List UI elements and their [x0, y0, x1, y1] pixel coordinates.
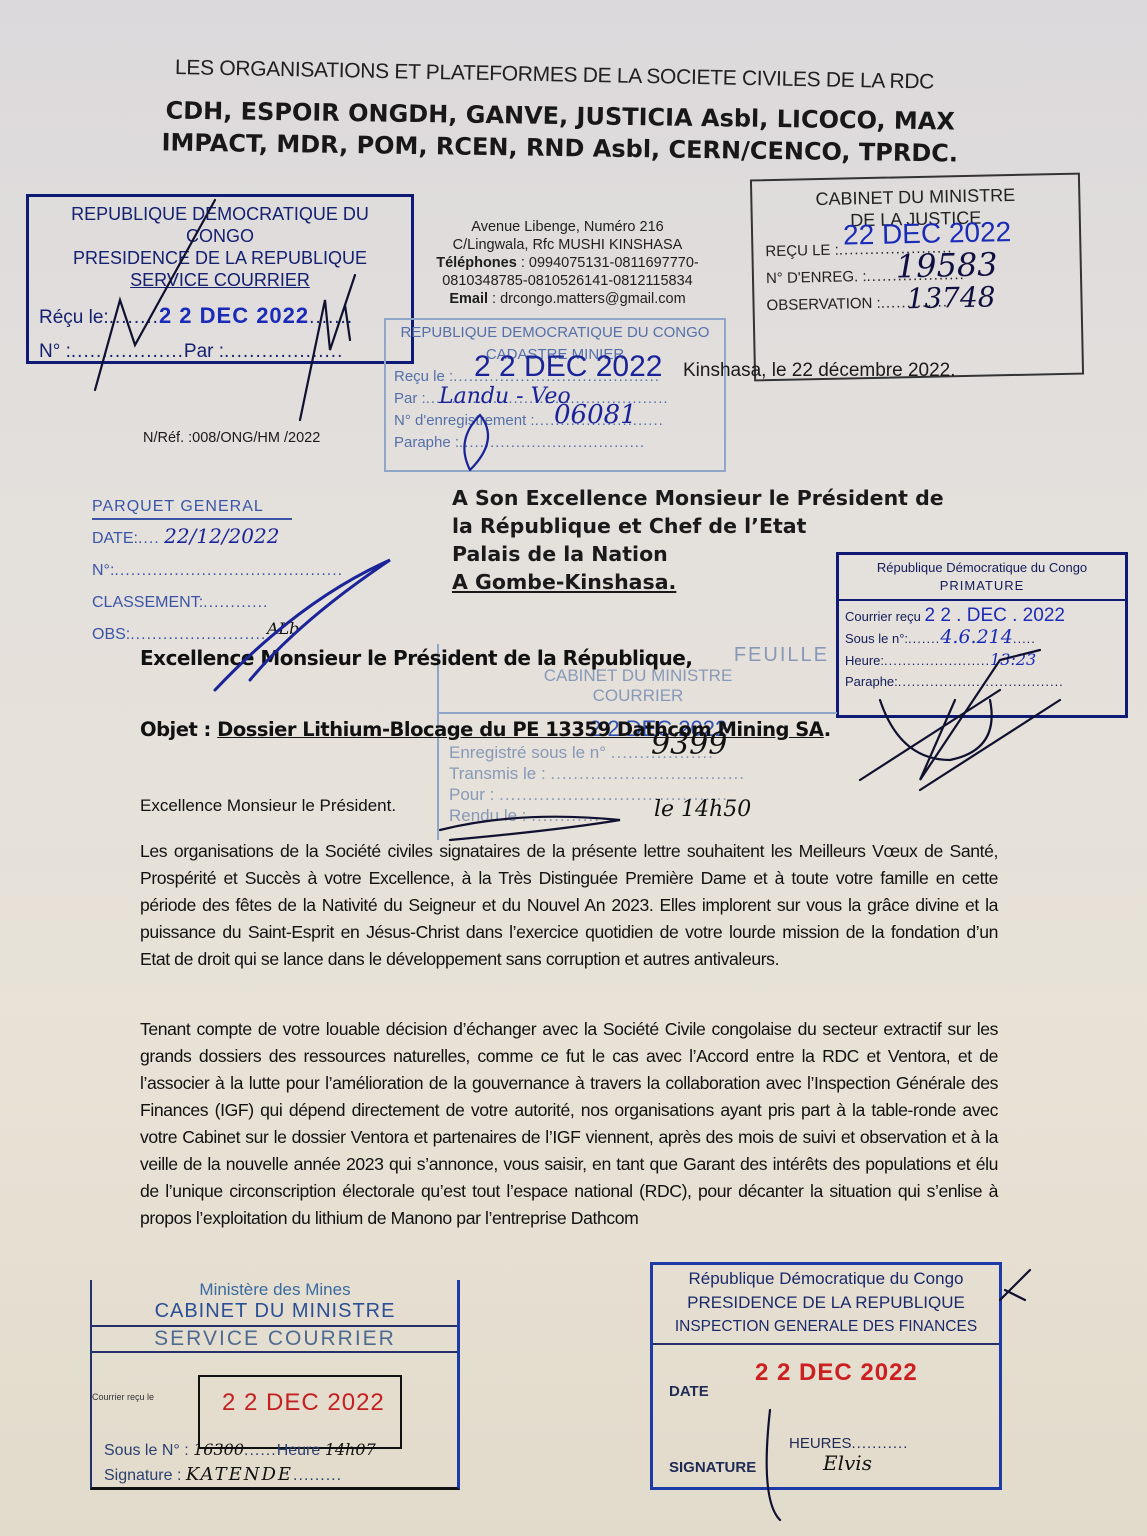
place-and-date: Kinshasa, le 22 décembre 2022. — [683, 360, 956, 382]
object-value: Dossier Lithium-Blocage du PE 13359 Dath… — [217, 718, 824, 741]
stamp-line: PRIMATURE — [845, 577, 1119, 595]
heures-row: HEURES........... — [789, 1435, 908, 1452]
received-date: 2 2 DEC 2022 — [222, 1389, 385, 1417]
email-label: Email — [449, 291, 488, 307]
stamp-line: PRESIDENCE DE LA REPUBLIQUE — [653, 1289, 999, 1313]
stamp-rendu-row: Rendu le : ............ le 14h50 — [439, 805, 837, 826]
recipient-line: A Son Excellence Monsieur le Président d… — [452, 484, 944, 512]
rendu-value: le 14h50 — [654, 799, 751, 820]
pour-label: Pour : — [449, 785, 494, 804]
number-label: Sous le N° : — [104, 1442, 189, 1459]
stamp-line: SERVICE COURRIER — [39, 269, 401, 291]
stamp-date-row: DATE:.... 22/12/2022 — [92, 520, 392, 555]
object-label: Objet : — [140, 718, 211, 741]
received-label: Reçu le : — [394, 368, 453, 385]
stamp-line: République Démocratique du Congo — [845, 559, 1119, 577]
signature-value: Elvis — [823, 1451, 872, 1475]
received-date: 2 2 DEC 2022 — [474, 356, 662, 378]
greeting: Excellence Monsieur le Président. — [140, 796, 396, 816]
paraphe-label: Paraphe: — [845, 674, 898, 689]
signature-label: Signature : — [104, 1467, 181, 1484]
received-date: 2 2 DEC 2022 — [159, 303, 309, 328]
email-value: drcongo.matters@gmail.com — [500, 291, 686, 307]
obs-label: OBS: — [92, 626, 130, 643]
stamp-paraphe-row: Paraphe :...............................… — [394, 432, 716, 454]
stamp-received-row: Courrier reçu 2 2 . DEC . 2022 — [845, 605, 1119, 627]
initials: ALb — [267, 613, 299, 645]
stamp-heure-row: Heure:.......................13:23 — [845, 649, 1119, 671]
enreg-label: Enregistré sous le n° — [449, 743, 606, 762]
stamp-classement-row: CLASSEMENT:............ — [92, 587, 392, 619]
stamp-primature: République Démocratique du Congo PRIMATU… — [836, 552, 1128, 718]
par-value: Landu - Veo — [439, 386, 571, 408]
stamp-line: REPUBLIQUE DEMOCRATIQUE DU CONGO — [394, 322, 716, 344]
stamp-pour-row: Pour : .................................… — [439, 784, 837, 805]
stamp-line: REPUBLIQUE DEMOCRATIQUE DU CONGO — [39, 203, 401, 247]
address-email: Email : drcongo.matters@gmail.com — [400, 290, 735, 308]
enreg-label: N° D'ENREG. : — [766, 268, 867, 287]
stamp-number-row: N°:.....................................… — [92, 555, 392, 587]
stamp-line: INSPECTION GENERALE DES FINANCES — [653, 1313, 999, 1337]
address-phones: Téléphones : 0994075131-0811697770- — [400, 254, 735, 272]
address-phones-2: 0810348785-0810526141-0812115834 — [400, 272, 735, 290]
stamp-parquet-general: PARQUET GENERAL DATE:.... 22/12/2022 N°:… — [92, 496, 392, 646]
par-label: Par : — [184, 341, 224, 362]
stamp-paraphe-row: Paraphe:................................… — [845, 671, 1119, 692]
stamp-line: COURRIER — [439, 686, 837, 706]
date-value: 22/12/2022 — [164, 524, 279, 548]
sender-address: Avenue Libenge, Numéro 216 C/Lingwala, R… — [400, 218, 735, 308]
stamp-observation-row: OBSERVATION :............. 13748 — [766, 291, 1068, 314]
stamp-presidence-courrier: REPUBLIQUE DEMOCRATIQUE DU CONGO PRESIDE… — [26, 194, 414, 364]
paragraph-1: Les organisations de la Société civiles … — [140, 838, 998, 973]
received-label: Courrier reçu le — [92, 1392, 154, 1402]
stamp-cabinet-courrier: FEUILLE CABINET DU MINISTRE COURRIER 2 2… — [437, 644, 837, 840]
signature-label: SIGNATURE — [669, 1459, 756, 1476]
stamp-line: PARQUET GENERAL — [92, 496, 292, 520]
stamp-line: République Démocratique du Congo — [653, 1265, 999, 1289]
received-label: Réçu le: — [39, 307, 109, 328]
date-box: 2 2 DEC 2022 — [198, 1375, 402, 1449]
heures-label: HEURES — [789, 1435, 852, 1452]
stamp-number-row: N° :..................Par :.............… — [39, 341, 401, 363]
heure-value: 14h07 — [325, 1440, 376, 1459]
heure-value: 13:23 — [990, 650, 1036, 669]
classement-label: CLASSEMENT: — [92, 594, 203, 611]
paraphe-label: Paraphe : — [394, 434, 459, 451]
stamp-signature-row: Signature : KATENDE......... — [104, 1464, 342, 1485]
date-label: DATE — [669, 1383, 709, 1400]
reference-number: N/Réf. :008/ONG/HM /2022 — [143, 430, 320, 446]
enreg-label: N° d'enregistrement : — [394, 412, 535, 429]
number-value: 4.6.214 — [940, 626, 1013, 648]
heure-label: Heure: — [845, 653, 884, 668]
stamp-number-row: Sous le n°:.......4.6.214..... — [845, 627, 1119, 649]
address-commune: C/Lingwala, Rfc MUSHI KINSHASA — [400, 236, 735, 254]
enreg-value: 06081 — [554, 404, 637, 426]
stamp-number-row: Sous le N° : 16300......Heure 14h07 — [104, 1440, 376, 1460]
salutation: Excellence Monsieur le Président de la R… — [140, 646, 692, 670]
stamp-enreg-row: Enregistré sous le n° ..................… — [439, 742, 837, 763]
rendu-label: Rendu le : — [449, 806, 527, 825]
number-label: Sous le n°: — [845, 631, 908, 646]
observation-label: OBSERVATION : — [766, 295, 881, 314]
recipient-line: la République et Chef de l’Etat — [452, 512, 944, 540]
phones-label: Téléphones — [436, 255, 517, 271]
stamp-ministere-mines: Ministère des Mines CABINET DU MINISTRE … — [90, 1280, 460, 1490]
stamp-igf: République Démocratique du Congo PRESIDE… — [650, 1262, 1002, 1490]
signature-value: KATENDE — [186, 1464, 293, 1485]
address-street: Avenue Libenge, Numéro 216 — [400, 218, 735, 236]
stamp-enreg-row: N° d'enregistrement :...................… — [394, 410, 716, 432]
number-label: N° : — [39, 341, 71, 362]
stamp-justice: CABINET DU MINISTRE DE LA JUSTICE REÇU L… — [750, 173, 1084, 382]
number-label: N°: — [92, 562, 114, 579]
stamp-received-row: Réçu le:........2 2 DEC 2022....... — [39, 303, 401, 329]
number-value: 16300 — [193, 1440, 244, 1459]
received-label: REÇU LE : — [765, 242, 839, 261]
date-label: DATE: — [92, 530, 138, 547]
received-date: 2 2 . DEC . 2022 — [924, 605, 1064, 626]
par-label: Par : — [394, 390, 426, 407]
enreg-value: 19583 — [895, 245, 998, 285]
received-label: Courrier reçu — [845, 609, 921, 624]
letter-object: Objet : Dossier Lithium-Blocage du PE 13… — [140, 718, 831, 741]
organisations-list: CDH, ESPOIR ONGDH, GANVE, JUSTICIA Asbl,… — [110, 94, 1011, 171]
phones-1: 0994075131-0811697770- — [529, 255, 699, 271]
stamp-cadastre-minier: REPUBLIQUE DEMOCRATIQUE DU CONGO CADASTR… — [384, 318, 726, 472]
transmis-label: Transmis le : — [449, 764, 546, 783]
heure-label: Heure — [277, 1442, 321, 1459]
igf-date: 2 2 DEC 2022 — [755, 1359, 918, 1387]
observation-value: 13748 — [906, 280, 996, 315]
stamp-line: PRESIDENCE DE LA REPUBLIQUE — [39, 247, 401, 269]
stamp-transmis-row: Transmis le : ..........................… — [439, 763, 837, 784]
paragraph-2: Tenant compte de votre louable décision … — [140, 1016, 998, 1232]
organisations-heading: LES ORGANISATIONS ET PLATEFORMES DE LA S… — [175, 56, 955, 95]
